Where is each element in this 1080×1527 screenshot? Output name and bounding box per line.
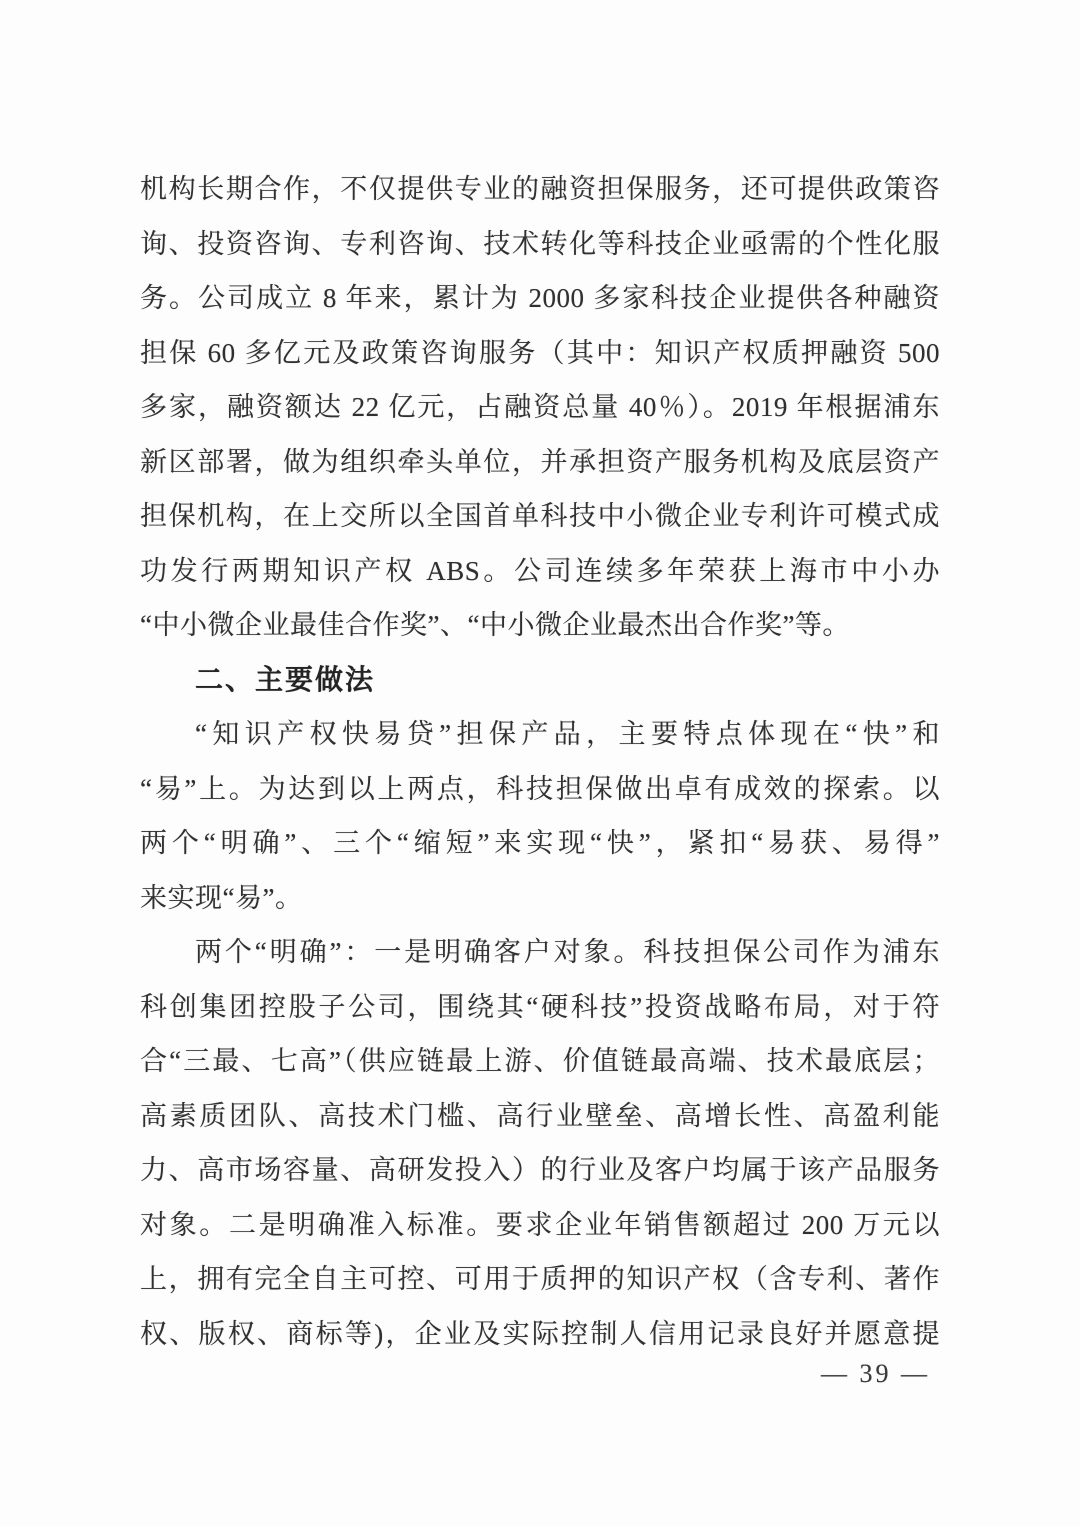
paragraph2-line: 来实现“易”。 [140,871,940,926]
paragraph1-line: 机构长期合作，不仅提供专业的融资担保服务，还可提供政策咨 [140,162,940,217]
paragraph3-line: 高素质团队、高技术门槛、高行业壁垒、高增长性、高盈利能 [140,1089,940,1144]
paragraph1-line: “中小微企业最佳合作奖”、“中小微企业最杰出合作奖”等。 [140,598,940,653]
section-heading: 二、主要做法 [140,653,940,708]
paragraph3-line: 力、高市场容量、高研发投入）的行业及客户均属于该产品服务 [140,1143,940,1198]
paragraph3-line: 合“三最、七高”（供应链最上游、价值链最高端、技术最底层； [140,1034,940,1089]
paragraph1-line: 担保机构，在上交所以全国首单科技中小微企业专利许可模式成 [140,489,940,544]
paragraph2-line: 两个“明确”、三个“缩短”来实现“快”，紧扣“易获、易得” [140,816,940,871]
paragraph3-line: 对象。二是明确准入标准。要求企业年销售额超过 200 万元以 [140,1198,940,1253]
paragraph1-line: 务。公司成立 8 年来，累计为 2000 多家科技企业提供各种融资 [140,271,940,326]
page-number: — 39 — [821,1356,930,1392]
paragraph1-line: 询、投资咨询、专利咨询、技术转化等科技企业亟需的个性化服 [140,217,940,272]
paragraph3-line: 权、版权、商标等)，企业及实际控制人信用记录良好并愿意提 [140,1307,940,1362]
paragraph3-line: 科创集团控股子公司，围绕其“硬科技”投资战略布局，对于符 [140,980,940,1035]
document-body: 机构长期合作，不仅提供专业的融资担保服务，还可提供政策咨 询、投资咨询、专利咨询… [140,162,940,1361]
paragraph3-line: 上，拥有完全自主可控、可用于质押的知识产权（含专利、著作 [140,1252,940,1307]
document-page: 机构长期合作，不仅提供专业的融资担保服务，还可提供政策咨 询、投资咨询、专利咨询… [0,0,1080,1527]
paragraph3-line: 两个“明确”：一是明确客户对象。科技担保公司作为浦东 [140,925,940,980]
paragraph1-line: 新区部署，做为组织牵头单位，并承担资产服务机构及底层资产 [140,435,940,490]
paragraph1-line: 担保 60 多亿元及政策咨询服务（其中：知识产权质押融资 500 [140,326,940,381]
paragraph1-line: 功发行两期知识产权 ABS。公司连续多年荣获上海市中小办 [140,544,940,599]
paragraph1-line: 多家，融资额达 22 亿元，占融资总量 40％）。2019 年根据浦东 [140,380,940,435]
paragraph2-line: “易”上。为达到以上两点，科技担保做出卓有成效的探索。以 [140,762,940,817]
paragraph2-line: “知识产权快易贷”担保产品，主要特点体现在“快”和 [140,707,940,762]
